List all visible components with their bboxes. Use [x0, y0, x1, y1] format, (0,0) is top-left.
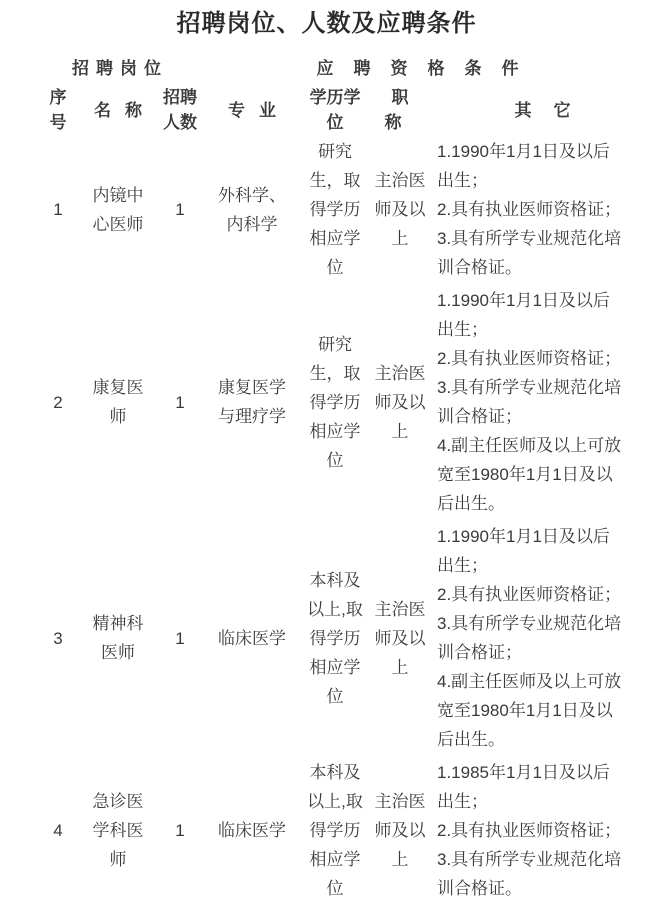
col-header-title: 职称	[368, 85, 432, 135]
cell-degree: 研究 生，取 得学历 相应学 位	[302, 135, 368, 284]
cell-title: 主治医 师及以 上	[368, 284, 432, 520]
cell-title: 主治医 师及以 上	[368, 756, 432, 905]
cell-seq: 3	[38, 520, 78, 756]
cell-count: 1	[158, 284, 202, 520]
col-header-major: 专业	[202, 85, 302, 135]
recruitment-table: 招聘岗位 应聘资格条件 序 号 名称 招聘 人数 专业 学历学 位 职称 其它 …	[38, 52, 653, 905]
table-body: 1 内镜中 心医师 1 外科学、 内科学 研究 生，取 得学历 相应学 位 主治…	[38, 135, 653, 905]
recruitment-notice-page: 招聘岗位、人数及应聘条件 招聘岗位 应聘资格条件 序 号 名称 招聘 人数 专业…	[0, 0, 653, 905]
cell-other: 1.1990年1月1日及以后 出生； 2.具有执业医师资格证； 3.具有所学专业…	[432, 520, 653, 756]
group-header-row: 招聘岗位 应聘资格条件	[38, 52, 653, 85]
cell-count: 1	[158, 135, 202, 284]
cell-name: 精神科 医师	[78, 520, 158, 756]
cell-seq: 1	[38, 135, 78, 284]
cell-count: 1	[158, 756, 202, 905]
cell-major: 临床医学	[202, 756, 302, 905]
cell-name: 康复医 师	[78, 284, 158, 520]
table-row: 4 急诊医 学科医 师 1 临床医学 本科及 以上,取 得学历 相应学 位 主治…	[38, 756, 653, 905]
cell-other: 1.1990年1月1日及以后 出生； 2.具有执业医师资格证； 3.具有所学专业…	[432, 284, 653, 520]
cell-title: 主治医 师及以 上	[368, 520, 432, 756]
cell-count: 1	[158, 520, 202, 756]
column-header-row: 序 号 名称 招聘 人数 专业 学历学 位 职称 其它	[38, 85, 653, 135]
cell-major: 外科学、 内科学	[202, 135, 302, 284]
group-header-qualification: 应聘资格条件	[202, 52, 653, 85]
col-header-seq: 序 号	[38, 85, 78, 135]
table-header: 招聘岗位 应聘资格条件 序 号 名称 招聘 人数 专业 学历学 位 职称 其它	[38, 52, 653, 135]
col-header-degree: 学历学 位	[302, 85, 368, 135]
cell-degree: 研究 生，取 得学历 相应学 位	[302, 284, 368, 520]
page-title: 招聘岗位、人数及应聘条件	[0, 8, 653, 40]
cell-degree: 本科及 以上,取 得学历 相应学 位	[302, 756, 368, 905]
cell-seq: 4	[38, 756, 78, 905]
table-row: 3 精神科 医师 1 临床医学 本科及 以上,取 得学历 相应学 位 主治医 师…	[38, 520, 653, 756]
cell-name: 内镜中 心医师	[78, 135, 158, 284]
cell-title: 主治医 师及以 上	[368, 135, 432, 284]
cell-major: 康复医学 与理疗学	[202, 284, 302, 520]
cell-other: 1.1985年1月1日及以后 出生； 2.具有执业医师资格证； 3.具有所学专业…	[432, 756, 653, 905]
col-header-count: 招聘 人数	[158, 85, 202, 135]
col-header-name: 名称	[78, 85, 158, 135]
table-row: 2 康复医 师 1 康复医学 与理疗学 研究 生，取 得学历 相应学 位 主治医…	[38, 284, 653, 520]
table-row: 1 内镜中 心医师 1 外科学、 内科学 研究 生，取 得学历 相应学 位 主治…	[38, 135, 653, 284]
col-header-other: 其它	[432, 85, 653, 135]
cell-major: 临床医学	[202, 520, 302, 756]
cell-name: 急诊医 学科医 师	[78, 756, 158, 905]
group-header-job-position: 招聘岗位	[38, 52, 202, 85]
cell-other: 1.1990年1月1日及以后 出生； 2.具有执业医师资格证； 3.具有所学专业…	[432, 135, 653, 284]
cell-degree: 本科及 以上,取 得学历 相应学 位	[302, 520, 368, 756]
cell-seq: 2	[38, 284, 78, 520]
